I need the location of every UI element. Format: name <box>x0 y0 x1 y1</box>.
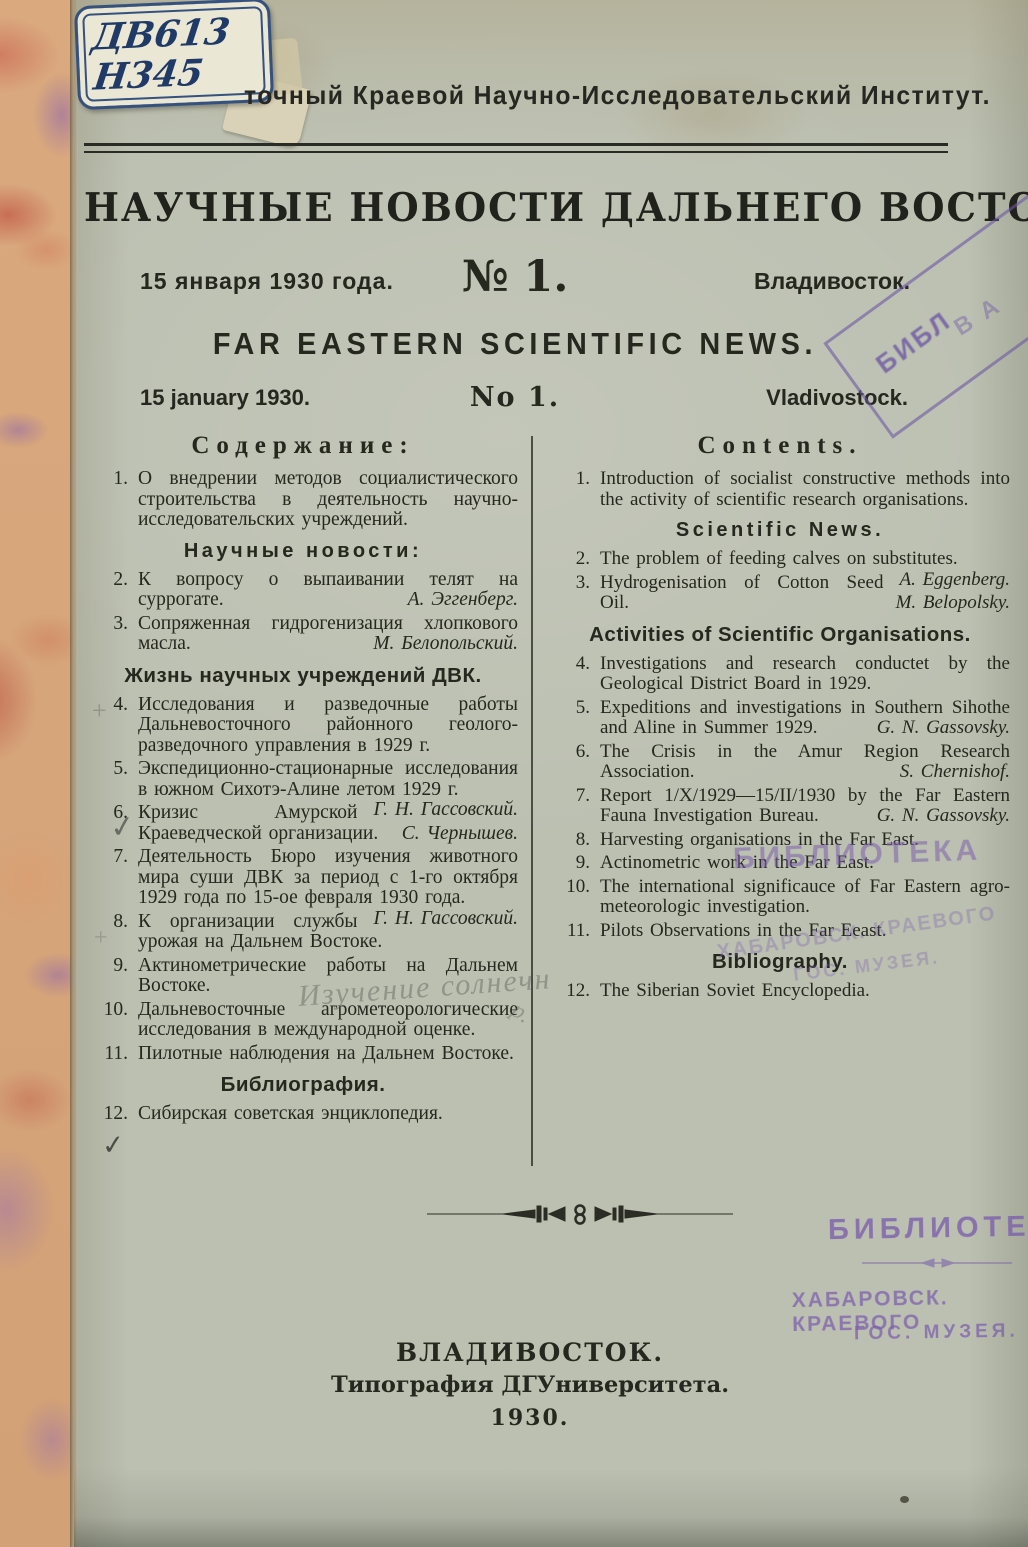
item-text: Экспедиционно-стационарные исследования … <box>138 758 518 800</box>
toc-ru-item-8: 8.К организации службы урожая на Дальнем… <box>88 912 518 953</box>
imprint-year: 1930. <box>85 1405 975 1431</box>
toc-ru-item-5: 5.Экспедиционно-стационарные исследовани… <box>88 759 518 800</box>
toc-en-item-8: 8.Harvesting organisations in the Far Ea… <box>550 830 1010 851</box>
journal-cover-scan: ДВ613 Н345 точный Краевой Научно-Исследо… <box>0 0 1028 1547</box>
double-rule <box>84 143 948 153</box>
subheading-bibliography-ru: Библиография. <box>88 1073 518 1097</box>
item-number: 5. <box>88 759 128 780</box>
toc-heading-english: Contents. <box>550 432 1010 460</box>
item-text: Исследования и разведочные работы Дальне… <box>138 694 518 756</box>
subheading-scientific-news-en: Scientific News. <box>550 519 1010 542</box>
imprint-city: ВЛАДИВОСТОК. <box>85 1338 975 1367</box>
item-number: 9. <box>550 853 590 874</box>
item-text: Сибирская советская энциклопедия. <box>138 1103 443 1124</box>
toc-ru-item-7: 7.Деятельность Бюро изучения животного м… <box>88 847 518 909</box>
item-number: 3. <box>550 573 590 594</box>
toc-ru-item-4: 4.Исследования и разведочные работы Даль… <box>88 695 518 757</box>
institute-name: точный Краевой Научно-Исследовательский … <box>244 80 991 111</box>
item-number: 4. <box>88 695 128 716</box>
item-text: Actinometric work in the Far East. <box>600 852 874 873</box>
item-author: M. Belopolsky. <box>896 593 1010 614</box>
item-number: 6. <box>88 803 128 824</box>
item-number: 7. <box>550 786 590 807</box>
toc-ru-item-2: 2.К вопросу о выпаивании телят на суррог… <box>88 570 518 611</box>
item-text: Hydrogenisation of Cotton Seed Oil. <box>600 572 883 614</box>
subheading-scientific-news-ru: Научные новости: <box>88 540 518 563</box>
city-russian: Владивосток. <box>754 268 910 295</box>
item-text: The international significauce of Far Ea… <box>600 876 1010 918</box>
item-number: 7. <box>88 847 128 868</box>
library-stamp-line1: БИБЛИОТЕКА <box>828 1210 1028 1247</box>
subheading-organisations-ru: Жизнь научных учреждений ДВК. <box>88 664 518 688</box>
item-number: 2. <box>88 570 128 591</box>
library-stamp-line2: ХАБАРОВСК. КРАЕВОГО <box>792 1285 1028 1337</box>
item-author: А. Эггенберг. <box>408 590 518 611</box>
imprint-printer: Типография ДГУниверситета. <box>85 1372 975 1398</box>
toc-ru-item-3: 3.Сопряженная гидрогенизация хлопкового … <box>88 614 518 655</box>
toc-en-item-10: 10.The international significauce of Far… <box>550 877 1010 918</box>
subheading-bibliography-en: Bibliography. <box>550 950 1010 974</box>
item-number: 8. <box>88 912 128 933</box>
item-number: 10. <box>550 877 590 898</box>
toc-column-english: Contents. 1.Introduction of socialist co… <box>550 432 1010 1005</box>
item-number: 3. <box>88 614 128 635</box>
item-text: Актинометрические работы на Дальнем Вост… <box>138 955 518 997</box>
marbled-spine <box>0 0 74 1547</box>
item-author: S. Chernishof. <box>900 762 1010 783</box>
item-number: 1. <box>88 469 128 490</box>
item-number: 6. <box>550 742 590 763</box>
item-text: Деятельность Бюро изучения животного мир… <box>138 846 518 908</box>
toc-ru-item-10: 10.Дальневосточные агрометеорологические… <box>88 1000 518 1041</box>
item-text: The problem of feeding calves on substit… <box>600 548 958 569</box>
item-text: Pilots Observations in the Far Eeast. <box>600 920 887 941</box>
library-stamp-arrow-rule <box>862 1256 1012 1270</box>
toc-ru-item-6: 6.Кризис Амурской Краеведческой организа… <box>88 803 518 844</box>
item-author: G. N. Gassovsky. <box>877 806 1010 827</box>
imprint-block: ВЛАДИВОСТОК. Типография ДГУниверситета. … <box>85 1338 975 1431</box>
toc-en-item-7: 7.Report 1/X/1929—15/II/1930 by the Far … <box>550 786 1010 827</box>
item-text: Harvesting organisations in the Far East… <box>600 829 919 850</box>
column-divider <box>531 436 533 1166</box>
item-number: 8. <box>550 830 590 851</box>
item-number: 5. <box>550 698 590 719</box>
toc-en-item-3: 3.Hydrogenisation of Cotton Seed Oil. M.… <box>550 573 1010 614</box>
toc-ru-item-11: 11.Пилотные наблюдения на Дальнем Восток… <box>88 1044 518 1065</box>
item-number: 2. <box>550 549 590 570</box>
journal-title-russian: НАУЧНЫЕ НОВОСТИ ДАЛЬНЕГО ВОСТОКА. <box>84 184 946 231</box>
item-number: 12. <box>88 1104 128 1125</box>
corner-stamp-faint-text: ВА <box>949 286 1016 342</box>
toc-en-item-4: 4.Investigations and research conductet … <box>550 654 1010 695</box>
toc-en-item-1: 1.Introduction of socialist constructive… <box>550 469 1010 510</box>
item-text: К организации службы урожая на Дальнем В… <box>138 911 382 953</box>
item-number: 11. <box>88 1044 128 1065</box>
toc-heading-russian: Содержание: <box>88 432 518 460</box>
item-author: М. Белопольский. <box>373 634 518 655</box>
pencil-checkmark-item12: ✓ <box>101 1129 126 1162</box>
toc-en-item-9: 9.Actinometric work in the Far East. <box>550 853 1010 874</box>
city-english: Vladivostock. <box>766 385 908 411</box>
item-number: 12. <box>550 981 590 1002</box>
item-text: Introduction of socialist constructive m… <box>600 468 1010 510</box>
toc-en-item-11: 11.Pilots Observations in the Far Eeast. <box>550 921 1010 942</box>
item-text: Дальневосточные агрометеорологические ис… <box>138 999 518 1041</box>
item-text: Кризис Амурской Краеведческой организаци… <box>138 802 378 844</box>
toc-en-item-5: 5.Expeditions and investigations in Sout… <box>550 698 1010 739</box>
toc-ru-item-9: 9.Актинометрические работы на Дальнем Во… <box>88 956 518 997</box>
spine-seam <box>70 0 78 1547</box>
item-number: 11. <box>550 921 590 942</box>
item-number: 10. <box>88 1000 128 1021</box>
item-number: 4. <box>550 654 590 675</box>
item-author: С. Чернышев. <box>402 824 518 845</box>
toc-en-item-12: 12.The Siberian Soviet Encyclopedia. <box>550 981 1010 1002</box>
typographic-ornament <box>425 1200 735 1228</box>
item-author: G. N. Gassovsky. <box>877 718 1010 739</box>
item-number: 1. <box>550 469 590 490</box>
journal-title-english: FAR EASTERN SCIENTIFIC NEWS. <box>114 326 916 362</box>
toc-ru-item-1: 1.О внедрении методов социалистического … <box>88 469 518 531</box>
subheading-organisations-en: Activities of Scientific Organisations. <box>550 623 1010 647</box>
toc-ru-item-12: 12.Сибирская советская энциклопедия. <box>88 1104 518 1125</box>
toc-en-item-6: 6.The Crisis in the Amur Region Research… <box>550 742 1010 783</box>
item-text: О внедрении методов социалистического ст… <box>138 468 518 530</box>
toc-en-item-2: 2.The problem of feeding calves on subst… <box>550 549 1010 570</box>
item-number: 9. <box>88 956 128 977</box>
item-text: Investigations and research conductet by… <box>600 653 1010 695</box>
item-text: Пилотные наблюдения на Дальнем Востоке. <box>138 1043 514 1064</box>
ink-speck <box>900 1496 909 1503</box>
item-text: The Siberian Soviet Encyclopedia. <box>600 980 870 1001</box>
toc-column-russian: Содержание: 1.О внедрении методов социал… <box>88 432 518 1128</box>
